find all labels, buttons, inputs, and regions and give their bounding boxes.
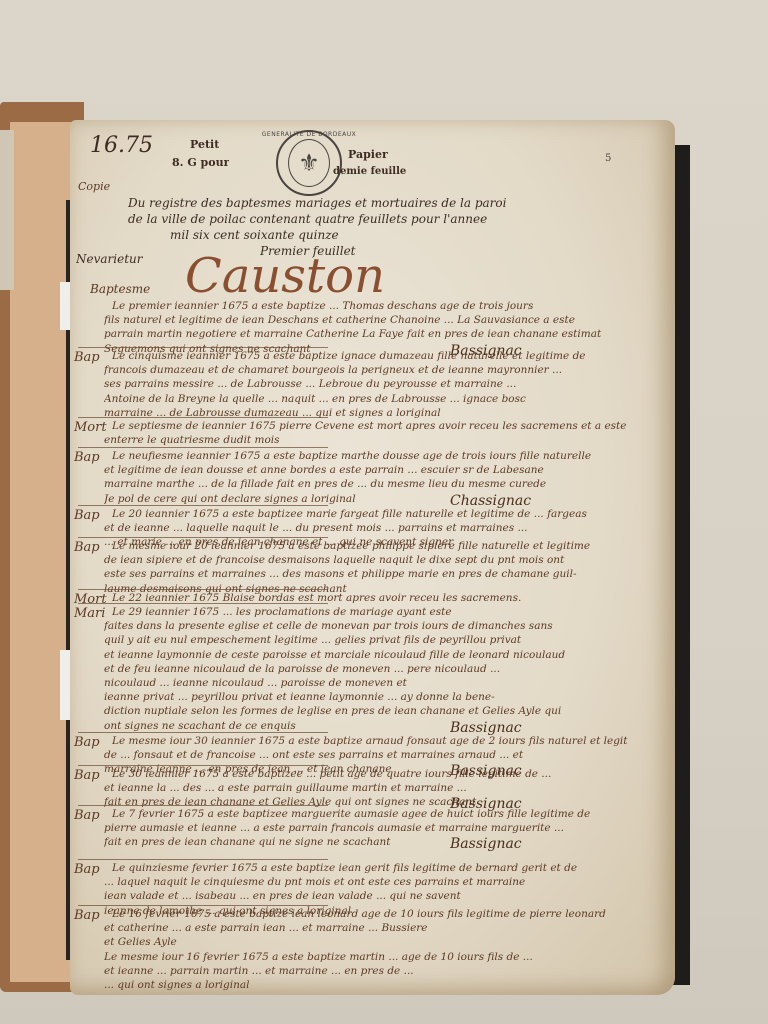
ne-varietur-note: Nevarietur: [76, 252, 143, 266]
title-line: mil six cent soixante quinze: [170, 228, 610, 242]
entry-line: Le premier ieannier 1675 a este baptize …: [112, 300, 640, 312]
entry-line: marraine marthe ... de la fillade fait e…: [104, 478, 640, 490]
entry-line: diction nuptiale selon les formes de leg…: [104, 705, 640, 717]
underlying-page-edge: [0, 130, 14, 290]
entry-line: fait en pres de iean chanane qui ne sign…: [104, 836, 640, 848]
entry-separator: [78, 859, 328, 860]
entry-line: Le mesme iour 20 ieannier 1675 a este ba…: [112, 540, 640, 552]
entry-margin-label: Mort: [74, 592, 107, 607]
entry-line: enterre le quatriesme dudit mois: [104, 434, 640, 446]
clerk-signature: Causton: [185, 248, 385, 304]
priest-signature: Chassignac: [450, 493, 531, 509]
entry-line: nicoulaud ... ieanne nicoulaud ... paroi…: [104, 677, 640, 689]
entry-separator: [78, 537, 328, 538]
entry-line: ieanne privat ... peyrillou privat et ie…: [104, 691, 640, 703]
entry-line: et catherine ... a este parrain iean ...…: [104, 922, 640, 934]
entry-margin-label: Bap: [74, 540, 100, 555]
tax-mark-right-1: Papier: [348, 148, 388, 161]
entry-line: et ieanne ... parrain martin ... et marr…: [104, 965, 640, 977]
page-number: 5: [605, 153, 611, 164]
entry-line: francois dumazeau et de chamaret bourgeo…: [104, 364, 640, 376]
title-line: Du registre des baptesmes mariages et mo…: [128, 196, 628, 210]
title-line: de la ville de poilac contenant quatre f…: [128, 212, 648, 226]
entry-line: este ses parrains et marraines ... des m…: [104, 568, 640, 580]
entry-separator: [78, 347, 328, 348]
entry-line: Antoine de la Breyne la quelle ... naqui…: [104, 393, 640, 405]
tax-mark-left-2: 8. G pour: [172, 156, 229, 169]
entry-margin-label: Mari: [74, 606, 105, 621]
entry-line: et de feu ieanne nicoulaud de la paroiss…: [104, 663, 640, 675]
tax-mark-right-2: demie feuille: [333, 166, 406, 177]
entry-line: Le 30 ieannier 1675 a este baptizee ... …: [112, 768, 640, 780]
entry-line: ... laquel naquit le cinquiesme du pnt m…: [104, 876, 640, 888]
entry-line: fils naturel et legitime de iean Deschan…: [104, 314, 640, 326]
entry-separator: [78, 447, 328, 448]
entry-line: Le 16 fevrier 1675 a este baptize iean l…: [112, 908, 640, 920]
tax-mark-left-1: Petit: [190, 138, 219, 151]
entry-line: ses parrains messire ... de Labrousse ..…: [104, 378, 640, 390]
entry-line: fait en pres de iean chanane et Gelies A…: [104, 796, 640, 808]
entry-margin-label: Bap: [74, 768, 100, 783]
entry-margin-label: Bap: [74, 808, 100, 823]
entry-separator: [78, 603, 328, 604]
entry-line: ont signes ne scachant de ce enquis: [104, 720, 640, 732]
entry-line: Le 20 ieannier 1675 a este baptizee mari…: [112, 508, 640, 520]
entry-separator: [78, 417, 328, 418]
entry-line: ... qui ont signes a loriginal: [104, 979, 640, 991]
entry-line: faites dans la presente eglise et celle …: [104, 620, 640, 632]
entry-line: et ieanne laymonnie de ceste paroisse et…: [104, 649, 640, 661]
year-mark: 16.75: [90, 133, 153, 158]
entry-margin-label: Bap: [74, 350, 100, 365]
stamp-text: GENERALITE DE BORDEAUX: [262, 131, 356, 138]
entry-line: Je pol de cere qui ont declare signes a …: [104, 493, 640, 505]
fleur-de-lis-icon: ⚜: [288, 139, 330, 187]
entry-line: quil y ait eu nul empeschement legitime …: [104, 634, 640, 646]
entry-margin-label: Bap: [74, 735, 100, 750]
entry-line: pierre aumasie et ieanne ... a este parr…: [104, 822, 640, 834]
entry-line: Le 7 fevrier 1675 a este baptizee margue…: [112, 808, 640, 820]
entry-line: et de ieanne ... laquelle naquit le ... …: [104, 522, 640, 534]
entry-line: et Gelies Ayle: [104, 936, 640, 948]
entry-separator: [78, 589, 328, 590]
priest-signature: Bassignac: [450, 836, 522, 852]
entry-separator: [78, 732, 328, 733]
entry-separator: [78, 805, 328, 806]
entry-margin-label: Bap: [74, 862, 100, 877]
entry-line: Le mesme iour 30 ieannier 1675 a este ba…: [112, 735, 640, 747]
entry-separator: [78, 765, 328, 766]
entry-line: Le 29 ieannier 1675 ... les proclamation…: [112, 606, 640, 618]
priest-signature: Bassignac: [450, 720, 522, 736]
entry-line: Le septiesme de ieannier 1675 pierre Cev…: [112, 420, 640, 432]
entry-margin-label: Mort: [74, 420, 107, 435]
entry-line: Le cinquisme ieannier 1675 a este baptiz…: [112, 350, 640, 362]
entry-separator: [78, 505, 328, 506]
entry-line: et legitime de iean dousse et anne borde…: [104, 464, 640, 476]
entry-line: Le neufiesme ieannier 1675 a este baptiz…: [112, 450, 640, 462]
entry-line: iean valade et ... isabeau ... en pres d…: [104, 890, 640, 902]
margin-note-copie: Copie: [78, 180, 110, 193]
flyleaf: [10, 122, 72, 982]
entry-line: Le quinziesme fevrier 1675 a este baptiz…: [112, 862, 640, 874]
entry-line: de ... fonsaut et de francoise ... ont e…: [104, 749, 640, 761]
entry-line: et ieanne la ... des ... a este parrain …: [104, 782, 640, 794]
entry-margin-label: Bap: [74, 508, 100, 523]
entry-line: parrain martin negotiere et marraine Cat…: [104, 328, 640, 340]
entry-separator: [78, 905, 328, 906]
entry-margin-label: Bap: [74, 450, 100, 465]
entry-line: Le mesme iour 16 fevrier 1675 a este bap…: [104, 951, 640, 963]
entry-margin-label: Bap: [74, 908, 100, 923]
entry-line: de iean sipiere et de francoise desmaiso…: [104, 554, 640, 566]
section-header: Baptesme: [90, 282, 150, 296]
generalite-stamp: GENERALITE DE BORDEAUX ⚜: [276, 130, 342, 196]
